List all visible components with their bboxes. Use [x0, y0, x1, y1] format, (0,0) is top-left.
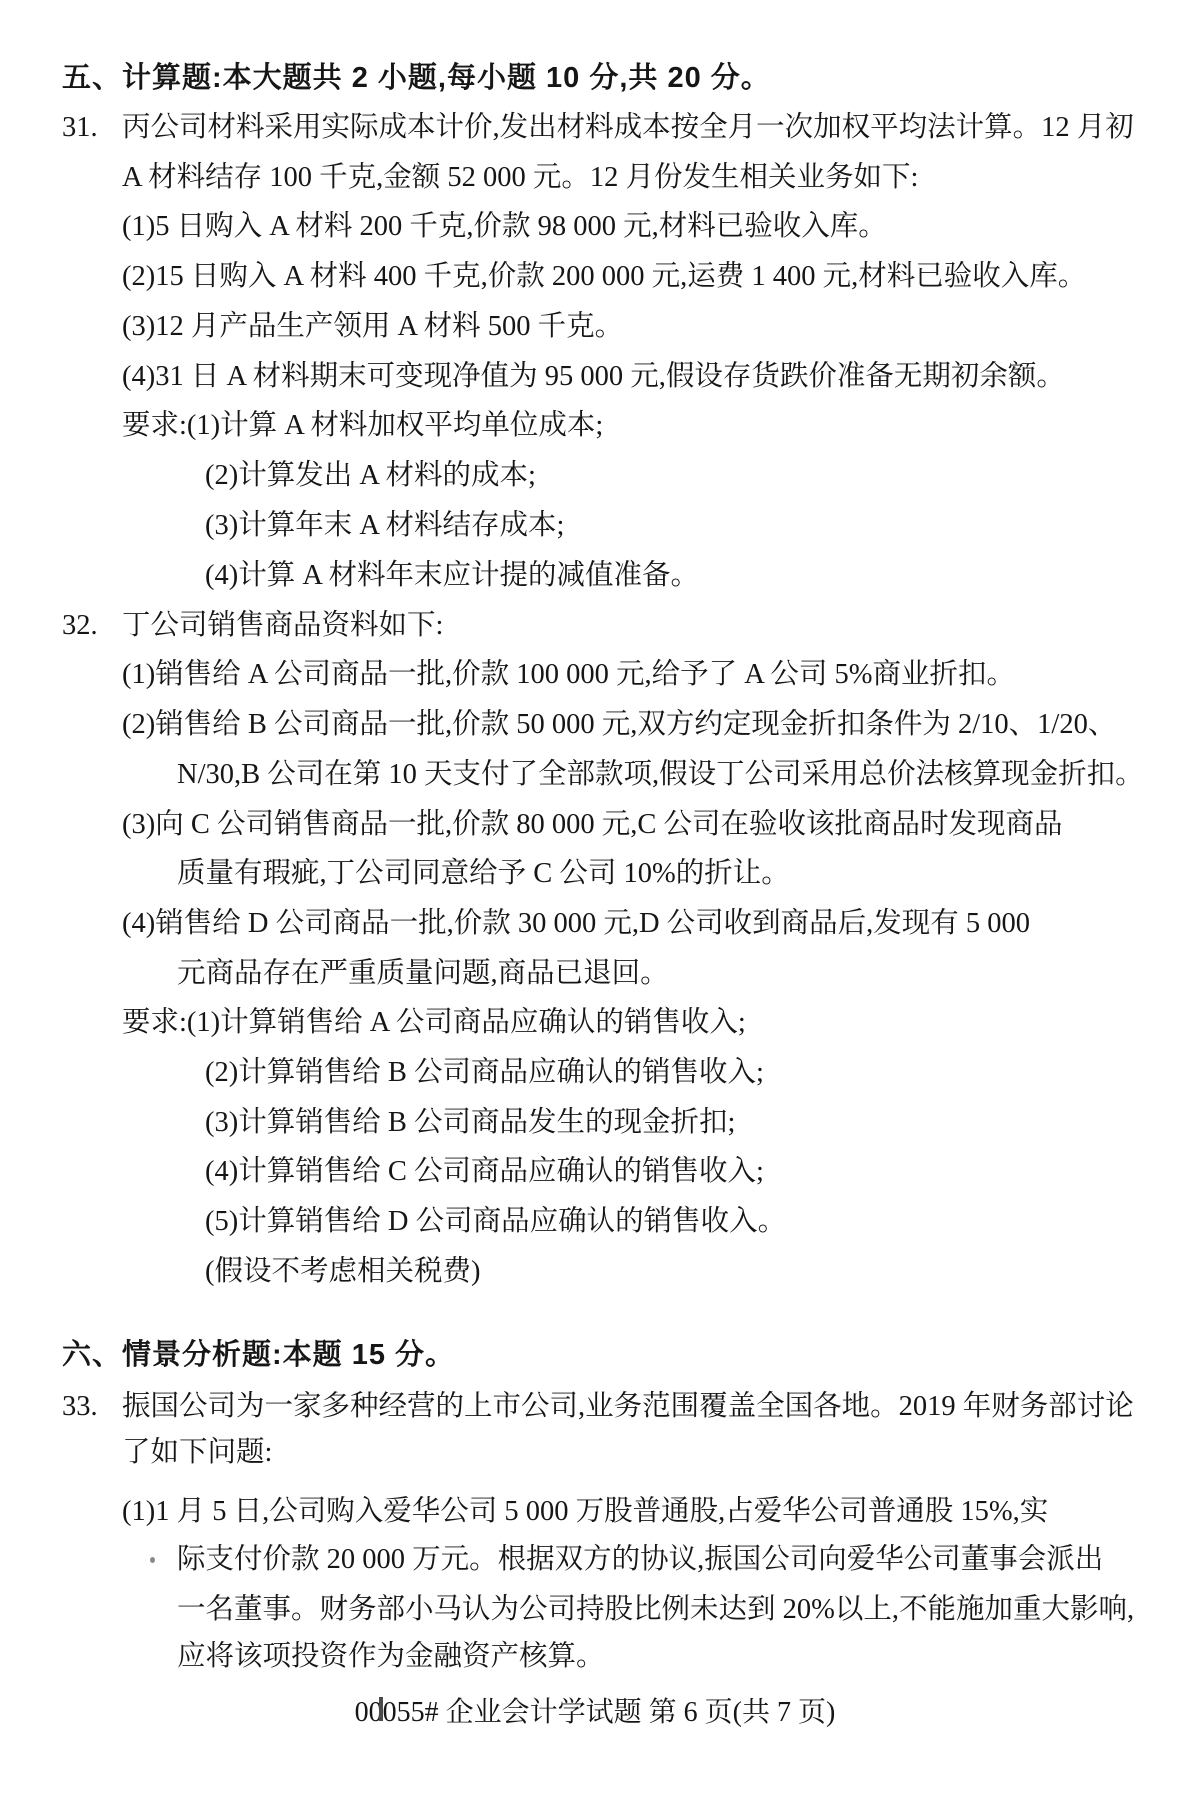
q31-requirement-2: (2)计算发出 A 材料的成本;	[205, 451, 536, 501]
q32-number: 32.	[62, 601, 122, 651]
q31-opening-line: 31.丙公司材料采用实际成本计价,发出材料成本按全月一次加权平均法计算。12 月…	[62, 103, 1134, 153]
q32-requirement-5: (5)计算销售给 D 公司商品应确认的销售收入。	[205, 1197, 786, 1247]
q32-item-2: (2)销售给 B 公司商品一批,价款 50 000 元,双方约定现金折扣条件为 …	[122, 700, 1116, 750]
q32-item-1: (1)销售给 A 公司商品一批,价款 100 000 元,给予了 A 公司 5%…	[122, 650, 1015, 700]
q32-item-3-continuation: 质量有瑕疵,丁公司同意给予 C 公司 10%的折让。	[177, 849, 790, 899]
scan-artifact-dot	[150, 1557, 155, 1563]
q32-requirement-2: (2)计算销售给 B 公司商品应确认的销售收入;	[205, 1048, 764, 1098]
section5-marker: 五、	[62, 53, 122, 103]
q33-item-1-continuation-1: 际支付价款 20 000 万元。根据双方的协议,振国公司向爱华公司董事会派出	[177, 1535, 1103, 1585]
q31-intro-line2: A 材料结存 100 千克,金额 52 000 元。12 月份发生相关业务如下:	[122, 153, 918, 203]
q32-item-4: (4)销售给 D 公司商品一批,价款 30 000 元,D 公司收到商品后,发现…	[122, 899, 1030, 949]
q32-requirement-4: (4)计算销售给 C 公司商品应确认的销售收入;	[205, 1147, 764, 1197]
section6-heading-text: 情景分析题:本题 15 分。	[122, 1339, 455, 1371]
q33-item-1: (1)1 月 5 日,公司购入爱华公司 5 000 万股普通股,占爱华公司普通股…	[122, 1487, 1048, 1537]
q32-item-2-continuation: N/30,B 公司在第 10 天支付了全部款项,假设丁公司采用总价法核算现金折扣…	[177, 750, 1144, 800]
q33-item-1-continuation-3: 应将该项投资作为金融资产核算。	[177, 1632, 605, 1682]
q31-requirement-1: 要求:(1)计算 A 材料加权平均单位成本;	[122, 401, 603, 451]
scan-artifact-tick	[379, 1697, 383, 1721]
q33-opening-line: 33.振国公司为一家多种经营的上市公司,业务范围覆盖全国各地。2019 年财务部…	[62, 1382, 1134, 1432]
q31-item-2: (2)15 日购入 A 材料 400 千克,价款 200 000 元,运费 1 …	[122, 252, 1086, 302]
q31-intro-text: 丙公司材料采用实际成本计价,发出材料成本按全月一次加权平均法计算。12 月初	[122, 112, 1134, 143]
section5-heading-text: 计算题:本大题共 2 小题,每小题 10 分,共 20 分。	[122, 62, 771, 94]
q31-item-3: (3)12 月产品生产领用 A 材料 500 千克。	[122, 302, 623, 352]
q31-item-1: (1)5 日购入 A 材料 200 千克,价款 98 000 元,材料已验收入库…	[122, 202, 887, 252]
q32-item-3: (3)向 C 公司销售商品一批,价款 80 000 元,C 公司在验收该批商品时…	[122, 800, 1063, 850]
q33-intro-line2: 了如下问题:	[122, 1428, 272, 1478]
q32-intro-text: 丁公司销售商品资料如下:	[122, 610, 443, 641]
q32-requirement-3: (3)计算销售给 B 公司商品发生的现金折扣;	[205, 1098, 735, 1148]
page-footer: 00055# 企业会计学试题 第 6 页(共 7 页)	[0, 1688, 1190, 1738]
q32-opening-line: 32.丁公司销售商品资料如下:	[62, 601, 443, 651]
q31-item-4: (4)31 日 A 材料期末可变现净值为 95 000 元,假设存货跌价准备无期…	[122, 352, 1065, 402]
q32-item-4-continuation: 元商品存在严重质量问题,商品已退回。	[177, 949, 669, 999]
section6-heading: 六、情景分析题:本题 15 分。	[62, 1330, 455, 1380]
section5-heading: 五、计算题:本大题共 2 小题,每小题 10 分,共 20 分。	[62, 53, 771, 103]
q33-item-1-continuation-2: 一名董事。财务部小马认为公司持股比例未达到 20%以上,不能施加重大影响,	[177, 1585, 1134, 1635]
section6-marker: 六、	[62, 1330, 122, 1380]
q32-requirement-1: 要求:(1)计算销售给 A 公司商品应确认的销售收入;	[122, 998, 746, 1048]
q33-number: 33.	[62, 1382, 122, 1432]
q31-number: 31.	[62, 103, 122, 153]
q33-intro-text: 振国公司为一家多种经营的上市公司,业务范围覆盖全国各地。2019 年财务部讨论	[122, 1391, 1134, 1422]
q31-requirement-4: (4)计算 A 材料年末应计提的减值准备。	[205, 551, 699, 601]
exam-page: 五、计算题:本大题共 2 小题,每小题 10 分,共 20 分。 31.丙公司材…	[0, 0, 1190, 1804]
q32-note-no-tax: (假设不考虑相关税费)	[205, 1247, 480, 1297]
q31-requirement-3: (3)计算年末 A 材料结存成本;	[205, 501, 564, 551]
